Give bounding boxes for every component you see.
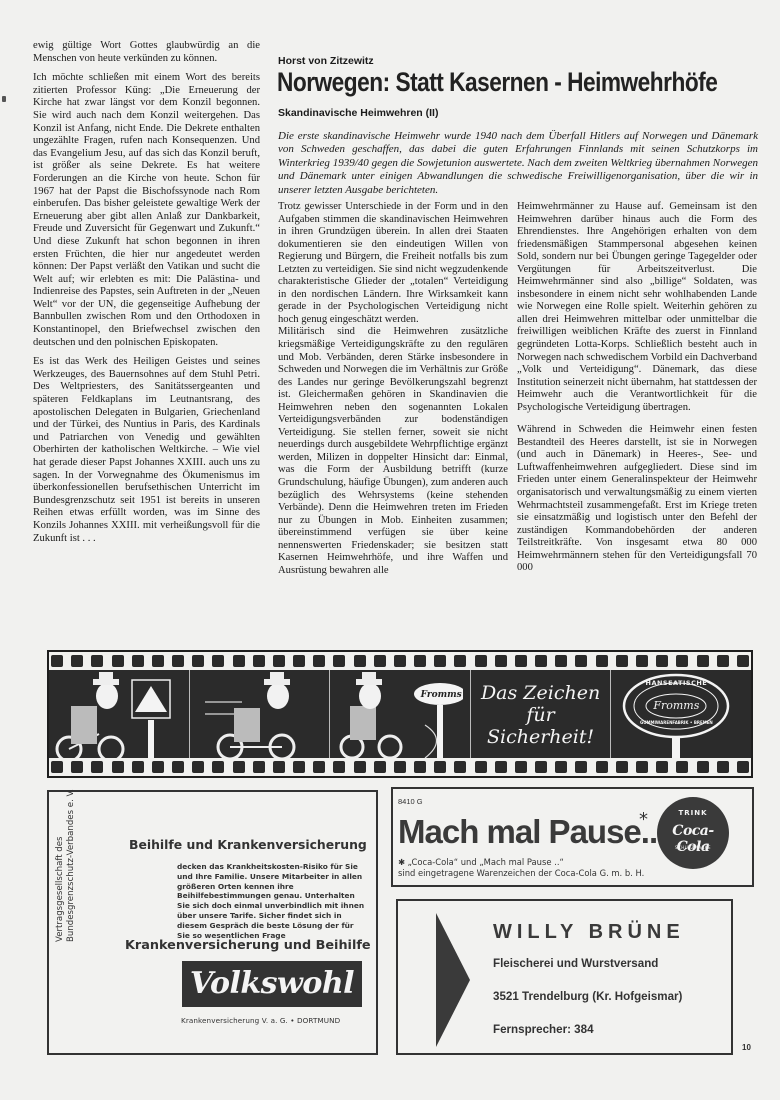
coca-cola-disc-top: TRINK [657, 809, 729, 817]
coca-cola-trademark-note: ✱ „Coca-Cola“ und „Mach mal Pause ..“ si… [398, 857, 748, 878]
paragraph: ewig gültige Wort Gottes glaubwürdig an … [33, 40, 260, 65]
willy-brune-phone: Fernsprecher: 384 [493, 1023, 594, 1036]
volkswohl-ad: Vertragsgesellschaft des Bundesgrenzschu… [47, 790, 378, 1055]
paragraph: Trotz gewisser Unterschiede in der Form … [278, 201, 508, 326]
fromms-badge-bottom: GUMMIWARENFABRIK • BREMEN [633, 720, 719, 725]
triangle-arrow-icon [436, 913, 472, 1047]
volkswohl-title: Beihilfe und Krankenversicherung [129, 837, 369, 852]
article-column-middle: Trotz gewisser Unterschiede in der Form … [278, 201, 508, 577]
fromms-badge-brand: Fromms [646, 699, 706, 712]
paragraph: Es ist das Werk des Heiligen Geistes und… [33, 356, 260, 545]
article-headline: Norwegen: Statt Kasernen - Heimwehrhöfe [277, 66, 680, 98]
fromms-filmstrip-ad: Fromms Das Zeichen für Sicherheit! HANSE… [47, 650, 753, 778]
fromms-badge-top: HANSEATISCHE [641, 679, 711, 687]
film-frame-slogan: Das Zeichen für Sicherheit! [471, 670, 612, 758]
coca-cola-disc-brand: Coca-Cola [657, 823, 729, 855]
paragraph: Ich möchte schließen mit einem Wort des … [33, 72, 260, 349]
coca-cola-ad-code: 8410 G [398, 797, 423, 806]
willy-brune-address: 3521 Trendelburg (Kr. Hofgeismar) [493, 990, 682, 1003]
paragraph: Heimwehrmänner zu Hause auf. Gemeinsam i… [517, 201, 757, 414]
film-perforations-bottom [49, 758, 751, 776]
paragraph: Militärisch sind die Heimwehren zusätzli… [278, 326, 508, 577]
binding-mark [2, 96, 6, 102]
volkswohl-vertical-caption: Vertragsgesellschaft des Bundesgrenzschu… [55, 742, 77, 942]
film-frame-fromms-badge: HANSEATISCHE Fromms GUMMIWARENFABRIK • B… [611, 670, 751, 758]
film-frame-cyclist-fromms-sign: Fromms [330, 670, 471, 758]
cyclist-riding-icon [190, 670, 323, 758]
asterisk-icon: * [639, 809, 648, 830]
page-number: 10 [742, 1043, 751, 1052]
willy-brune-business: Fleischerei und Wurstversand [493, 957, 658, 970]
film-frame-cyclist-riding [190, 670, 331, 758]
paragraph: Während in Schweden die Heimwehr einen f… [517, 424, 757, 575]
willy-brune-name: WILLY BRÜNE [493, 921, 685, 944]
film-perforations-top [49, 652, 751, 670]
fromms-sign-label: Fromms [416, 685, 466, 705]
left-column-article: ewig gültige Wort Gottes glaubwürdig an … [33, 40, 260, 552]
volkswohl-title-2: Krankenversicherung und Beihilfe [125, 938, 375, 953]
coca-cola-slogan: Mach mal Pause.. [398, 813, 657, 851]
fromms-slogan: Das Zeichen für Sicherheit! [471, 682, 611, 748]
volkswohl-body: decken das Krankheitskosten-Risiko für S… [177, 862, 367, 940]
article-lead: Die erste skandinavische Heimwehr wurde … [278, 130, 758, 197]
article-column-right: Heimwehrmänner zu Hause auf. Gemeinsam i… [517, 201, 757, 575]
article-subheadline: Skandinavische Heimwehren (II) [278, 107, 438, 119]
willy-brune-ad: WILLY BRÜNE Fleischerei und Wurstversand… [396, 899, 733, 1055]
coca-cola-disc-mark: SCHUTZMARKE [657, 845, 729, 850]
cyclist-fromms-sign-icon [330, 670, 463, 758]
volkswohl-footer: Krankenversicherung V. a. G. • DORTMUND [181, 1016, 371, 1025]
coca-cola-ad: 8410 G Mach mal Pause.. * TRINK Coca-Col… [391, 787, 754, 887]
volkswohl-logo: Volkswohl [182, 961, 362, 1007]
